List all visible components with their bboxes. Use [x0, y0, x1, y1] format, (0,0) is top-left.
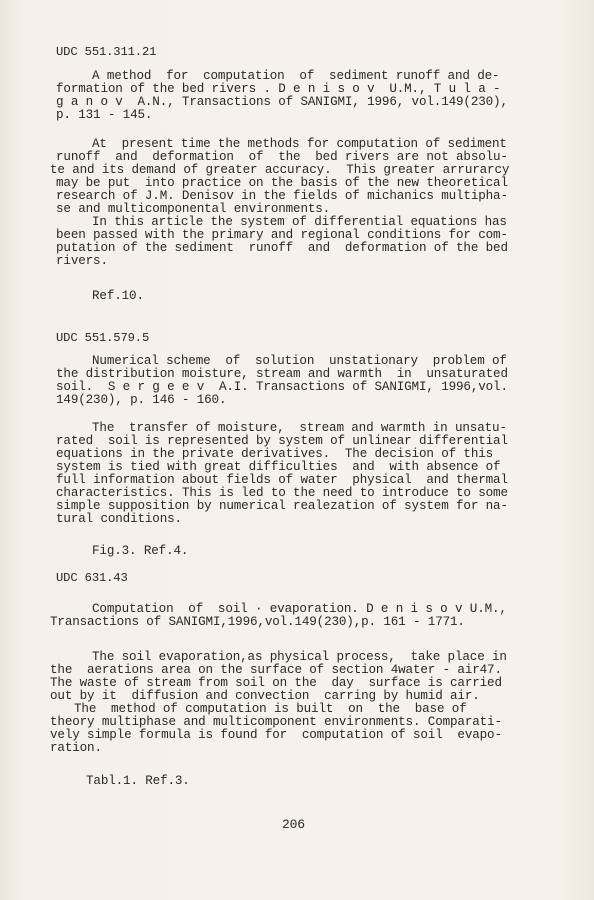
udc-code: UDC 631.43 [56, 572, 128, 585]
document-page: UDC 551.311.21 A method for computation … [0, 0, 594, 900]
references-note: Tabl.1. Ref.3. [86, 775, 190, 788]
abstract-line: rivers. [56, 255, 108, 268]
abstract-line: ration. [50, 742, 102, 755]
udc-code: UDC 551.311.21 [56, 46, 156, 59]
entry-title-line: p. 131 - 145. [56, 109, 152, 122]
entry-title-line: 149(230), p. 146 - 160. [56, 394, 226, 407]
references-note: Fig.3. Ref.4. [92, 545, 188, 558]
abstract-line: tural conditions. [56, 513, 182, 526]
abstract-line: putation of the sediment runoff and defo… [56, 242, 508, 255]
abstract-line: vely simple formula is found for computa… [50, 729, 502, 742]
page-number: 206 [282, 818, 305, 831]
references-note: Ref.10. [92, 290, 144, 303]
udc-code: UDC 551.579.5 [56, 332, 149, 345]
entry-title-line: Transactions of SANIGMI,1996,vol.149(230… [50, 616, 465, 629]
